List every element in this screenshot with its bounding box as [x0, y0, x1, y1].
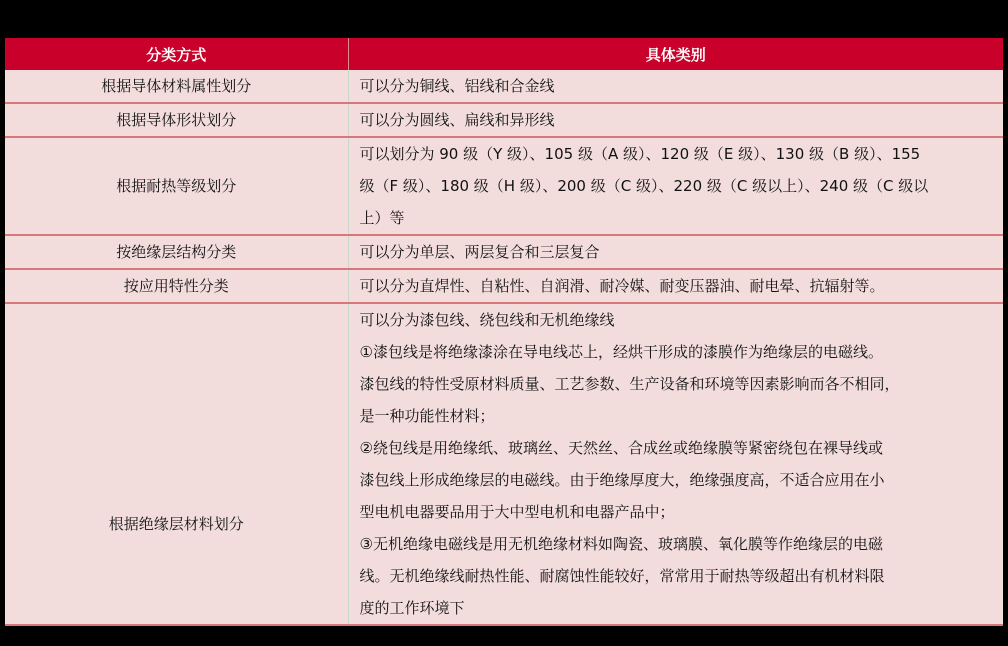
table-row: 按绝缘层结构分类 可以分为单层、两层复合和三层复合 — [5, 235, 1003, 269]
row-category: 根据绝缘层材料划分 — [5, 303, 348, 625]
row-category: 根据导体形状划分 — [5, 103, 348, 137]
header-specific-category: 具体类别 — [348, 38, 1003, 70]
row-description: 可以分为单层、两层复合和三层复合 — [348, 235, 1003, 269]
description-line: 可以分为圆线、扁线和异形线 — [360, 104, 994, 136]
description-line: 可以分为漆包线、绕包线和无机绝缘线 — [360, 304, 994, 336]
row-category: 根据导体材料属性划分 — [5, 70, 348, 103]
description-line: 可以分为单层、两层复合和三层复合 — [360, 236, 994, 268]
row-category: 按应用特性分类 — [5, 269, 348, 303]
table-row: 根据绝缘层材料划分 可以分为漆包线、绕包线和无机绝缘线 ①漆包线是将绝缘漆涂在导… — [5, 303, 1003, 625]
description-line: 漆包线的特性受原材料质量、工艺参数、生产设备和环境等因素影响而各不相同， — [360, 368, 994, 400]
header-row: 分类方式 具体类别 — [5, 38, 1003, 70]
description-line: 漆包线上形成绝缘层的电磁线。由于绝缘厚度大，绝缘强度高，不适合应用在小 — [360, 464, 994, 496]
table-row: 根据耐热等级划分 可以划分为 90 级（Y 级）、105 级（A 级）、120 … — [5, 137, 1003, 235]
description-line: 是一种功能性材料； — [360, 400, 994, 432]
table-row: 根据导体形状划分 可以分为圆线、扁线和异形线 — [5, 103, 1003, 137]
description-line: ①漆包线是将绝缘漆涂在导电线芯上，经烘干形成的漆膜作为绝缘层的电磁线。 — [360, 336, 994, 368]
row-description: 可以划分为 90 级（Y 级）、105 级（A 级）、120 级（E 级）、13… — [348, 137, 1003, 235]
description-line: 可以分为铜线、铝线和合金线 — [360, 70, 994, 102]
row-description: 可以分为圆线、扁线和异形线 — [348, 103, 1003, 137]
description-line: 可以分为直焊性、自粘性、自润滑、耐冷媒、耐变压器油、耐电晕、抗辐射等。 — [360, 270, 994, 302]
row-category: 按绝缘层结构分类 — [5, 235, 348, 269]
description-line: 可以划分为 90 级（Y 级）、105 级（A 级）、120 级（E 级）、13… — [360, 138, 994, 170]
description-line: 线。无机绝缘线耐热性能、耐腐蚀性能较好，常常用于耐热等级超出有机材料限 — [360, 560, 994, 592]
table-row: 按应用特性分类 可以分为直焊性、自粘性、自润滑、耐冷媒、耐变压器油、耐电晕、抗辐… — [5, 269, 1003, 303]
description-line: 型电机电器要品用于大中型电机和电器产品中； — [360, 496, 994, 528]
description-line: ③无机绝缘电磁线是用无机绝缘材料如陶瓷、玻璃膜、氧化膜等作绝缘层的电磁 — [360, 528, 994, 560]
description-line: ②绕包线是用绝缘纸、玻璃丝、天然丝、合成丝或绝缘膜等紧密绕包在裸导线或 — [360, 432, 994, 464]
description-line: 级（F 级）、180 级（H 级）、200 级（C 级）、220 级（C 级以上… — [360, 170, 994, 202]
description-line: 度的工作环境下 — [360, 592, 994, 624]
table-row: 根据导体材料属性划分 可以分为铜线、铝线和合金线 — [5, 70, 1003, 103]
description-line: 上）等 — [360, 202, 994, 234]
row-description: 可以分为漆包线、绕包线和无机绝缘线 ①漆包线是将绝缘漆涂在导电线芯上，经烘干形成… — [348, 303, 1003, 625]
row-category: 根据耐热等级划分 — [5, 137, 348, 235]
row-description: 可以分为铜线、铝线和合金线 — [348, 70, 1003, 103]
row-description: 可以分为直焊性、自粘性、自润滑、耐冷媒、耐变压器油、耐电晕、抗辐射等。 — [348, 269, 1003, 303]
header-classification-method: 分类方式 — [5, 38, 348, 70]
classification-table: 分类方式 具体类别 根据导体材料属性划分 可以分为铜线、铝线和合金线 根据导体形… — [5, 38, 1003, 626]
